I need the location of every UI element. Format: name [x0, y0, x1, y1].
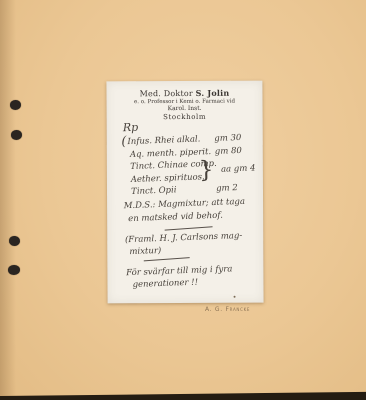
rx-braced-group: Tinct. Chinae comp. Aether. spirituos. }…: [122, 156, 256, 186]
photo-bottom-edge: [0, 389, 366, 400]
doctor-name: S. Jolin: [196, 88, 230, 98]
punch-hole-1: [10, 100, 21, 110]
punch-hole-4: [8, 265, 20, 275]
handwritten-prescription: Rp (Infus. Rhei alkal. gm 30 Aq. menth. …: [121, 116, 260, 291]
punch-hole-3: [8, 235, 20, 246]
punch-hole-2: [11, 130, 22, 140]
letterhead-subtitle: e. o. Professor i Kemi o. Farmaci vid: [113, 98, 257, 105]
prescription-note: Med. Doktor S. Jolin e. o. Professor i K…: [106, 81, 263, 304]
letterhead-institute: Karol. Inst.: [107, 105, 263, 113]
rx-line-5-qty: gm 2: [216, 181, 256, 195]
doctor-title: Med. Doktor: [140, 89, 193, 98]
page-left-shading: [0, 0, 16, 400]
divider-stroke: [165, 226, 213, 230]
rx-braced-qty: aa gm 4: [221, 162, 256, 176]
scrapbook-page: Med. Doktor S. Jolin e. o. Professor i K…: [0, 0, 366, 400]
brace-icon: }: [198, 157, 214, 184]
archival-stamp: A. G. Francke: [205, 306, 250, 313]
paper-speck: [234, 296, 236, 298]
letterhead-doctor-line: Med. Doktor S. Jolin: [106, 89, 262, 99]
open-paren: (: [121, 134, 127, 149]
